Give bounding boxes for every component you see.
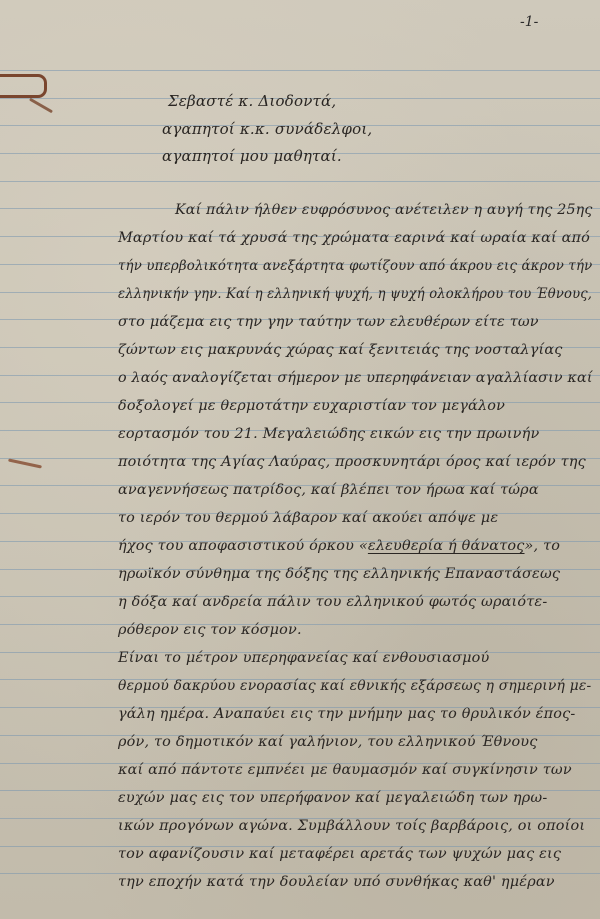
body-line: ευχών μας εις τον υπερήφανον καί μεγαλει… [118, 790, 547, 806]
salutation-line-2: αγαπητοί κ.κ. συνάδελφοι, [162, 120, 372, 138]
body-line: Είναι το μέτρον υπερηφανείας καί ενθουσι… [118, 650, 489, 666]
body-line: την εποχήν κατά την δουλείαν υπό συνθήκα… [118, 874, 555, 890]
body-line: η δόξα καί ανδρεία πάλιν του ελληνικού φ… [118, 594, 547, 610]
body-line: θερμού δακρύου ενορασίας καί εθνικής εξά… [118, 678, 591, 694]
body-line: Καί πάλιν ήλθεν ευφρόσυνος ανέτειλεν η α… [175, 202, 593, 218]
body-line: γάλη ημέρα. Αναπαύει εις την μνήμην μας … [118, 706, 575, 722]
body-line: ζώντων εις μακρυνάς χώρας καί ξενιτειάς … [118, 342, 563, 358]
body-line: τον αφανίζουσιν καί μεταφέρει αρετάς των… [118, 846, 561, 862]
body-line: ελληνικήν γην. Καί η ελληνική ψυχή, η ψυ… [118, 286, 592, 302]
body-line: στο μάζεμα εις την γην ταύτην των ελευθέ… [118, 314, 539, 330]
body-line: ικών προγόνων αγώνα. Συμβάλλουν τοίς βαρ… [118, 818, 585, 834]
manuscript-page: -1- Σεβαστέ κ. Διοδοντά, αγαπητοί κ.κ. σ… [0, 0, 600, 919]
body-line: εορτασμόν του 21. Μεγαλειώδης εικών εις … [118, 426, 539, 442]
body-line: Μαρτίου καί τά χρυσά της χρώματα εαρινά … [118, 230, 590, 246]
body-line: ποιότητα της Αγίας Λαύρας, προσκυνητάρι … [118, 454, 586, 470]
page-number: -1- [520, 14, 538, 30]
body-line: αναγεννήσεως πατρίδος, καί βλέπει τον ήρ… [118, 482, 539, 498]
body-line: ηρωϊκόν σύνθημα της δόξης της ελληνικής … [118, 566, 560, 582]
body-line-with-motto: ήχος του αποφασιστικού όρκου «ελευθερία … [118, 538, 560, 554]
ruled-line [0, 181, 600, 182]
body-line: καί από πάντοτε εμπνέει με θαυμασμόν καί… [118, 762, 572, 778]
underlined-motto: ελευθερία ή θάνατος [368, 538, 525, 554]
rust-paperclip-stain [0, 74, 47, 98]
salutation-line-1: Σεβαστέ κ. Διοδοντά, [168, 92, 336, 110]
body-line: δοξολογεί με θερμοτάτην ευχαριστίαν τον … [118, 398, 505, 414]
body-line: τήν υπερβολικότητα ανεξάρτητα φωτίζουν α… [118, 258, 592, 274]
rust-stain-mark-lower [8, 458, 42, 468]
ruled-line [0, 70, 600, 71]
body-line: το ιερόν του θερμού λάβαρον καί ακούει α… [118, 510, 498, 526]
body-line: ρόθερον εις τον κόσμον. [118, 622, 302, 638]
salutation-line-3: αγαπητοί μου μαθηταί. [162, 147, 342, 165]
body-line: ρόν, το δημοτικόν καί γαλήνιον, του ελλη… [118, 734, 538, 750]
rust-stain-mark [29, 98, 53, 114]
body-line: ο λαός αναλογίζεται σήμερον με υπερηφάνε… [118, 370, 593, 386]
